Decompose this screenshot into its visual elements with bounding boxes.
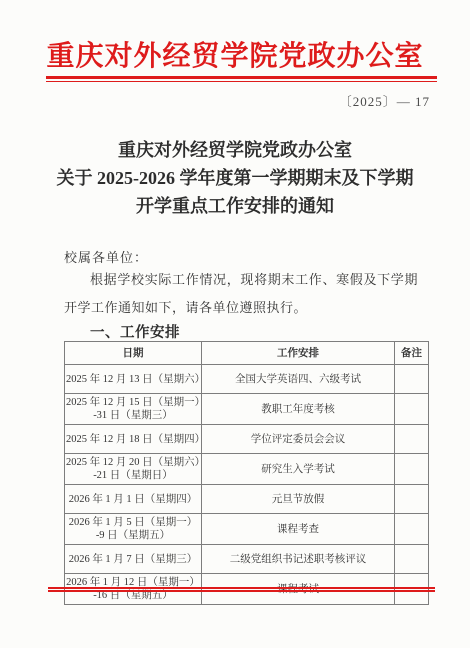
task-cell: 全国大学英语四、六级考试 [202, 365, 395, 394]
table-row: 2025 年 12 月 18 日（星期四） 学位评定委员会会议 [65, 425, 429, 454]
document-title-line-1: 重庆对外经贸学院党政办公室 [0, 136, 470, 164]
date-cell: 2025 年 12 月 15 日（星期一）-31 日（星期三） [65, 394, 202, 425]
document-title-line-3: 开学重点工作安排的通知 [0, 192, 470, 220]
red-separator-bottom [48, 587, 435, 592]
document-page: 重庆对外经贸学院党政办公室 〔2025〕— 17 重庆对外经贸学院党政办公室 关… [0, 0, 470, 648]
task-cell: 学位评定委员会会议 [202, 425, 395, 454]
note-cell [395, 454, 429, 485]
note-cell [395, 425, 429, 454]
date-cell: 2025 年 12 月 13 日（星期六） [65, 365, 202, 394]
date-cell: 2026 年 1 月 1 日（星期四） [65, 485, 202, 514]
date-cell: 2025 年 12 月 18 日（星期四） [65, 425, 202, 454]
document-number: 〔2025〕— 17 [339, 91, 430, 110]
task-cell: 二级党组织书记述职考核评议 [202, 545, 395, 574]
date-cell: 2026 年 1 月 7 日（星期三） [65, 545, 202, 574]
document-title: 重庆对外经贸学院党政办公室 关于 2025-2026 学年度第一学期期末及下学期… [0, 136, 470, 220]
note-cell [395, 394, 429, 425]
note-cell [395, 545, 429, 574]
table-row: 2025 年 12 月 15 日（星期一）-31 日（星期三） 教职工年度考核 [65, 394, 429, 425]
table-row: 2025 年 12 月 20 日（星期六）-21 日（星期日） 研究生入学考试 [65, 454, 429, 485]
date-cell: 2025 年 12 月 20 日（星期六）-21 日（星期日） [65, 454, 202, 485]
note-cell [395, 514, 429, 545]
document-title-line-2: 关于 2025-2026 学年度第一学期期末及下学期 [0, 164, 470, 192]
task-cell: 教职工年度考核 [202, 394, 395, 425]
table-row: 2026 年 1 月 7 日（星期三） 二级党组织书记述职考核评议 [65, 545, 429, 574]
salutation: 校属各单位： [64, 247, 148, 266]
table-row: 2026 年 1 月 1 日（星期四） 元旦节放假 [65, 485, 429, 514]
note-cell [395, 485, 429, 514]
schedule-table: 日期 工作安排 备注 2025 年 12 月 13 日（星期六） 全国大学英语四… [64, 341, 429, 605]
table-row: 2026 年 1 月 5 日（星期一）-9 日（星期五） 课程考查 [65, 514, 429, 545]
table-row: 2025 年 12 月 13 日（星期六） 全国大学英语四、六级考试 [65, 365, 429, 394]
task-cell: 元旦节放假 [202, 485, 395, 514]
table-header-row: 日期 工作安排 备注 [65, 342, 429, 365]
task-cell: 研究生入学考试 [202, 454, 395, 485]
note-cell [395, 365, 429, 394]
table-header-task: 工作安排 [202, 342, 395, 365]
section-heading: 一、工作安排 [90, 321, 180, 342]
table-header-note: 备注 [395, 342, 429, 365]
task-cell: 课程考查 [202, 514, 395, 545]
date-cell: 2026 年 1 月 5 日（星期一）-9 日（星期五） [65, 514, 202, 545]
letterhead-title: 重庆对外经贸学院党政办公室 [0, 34, 470, 74]
body-paragraph: 根据学校实际工作情况，现将期末工作、寒假及下学期开学工作通知如下，请各单位遵照执… [64, 266, 418, 322]
table-header-date: 日期 [65, 342, 202, 365]
red-separator-top [46, 76, 437, 82]
